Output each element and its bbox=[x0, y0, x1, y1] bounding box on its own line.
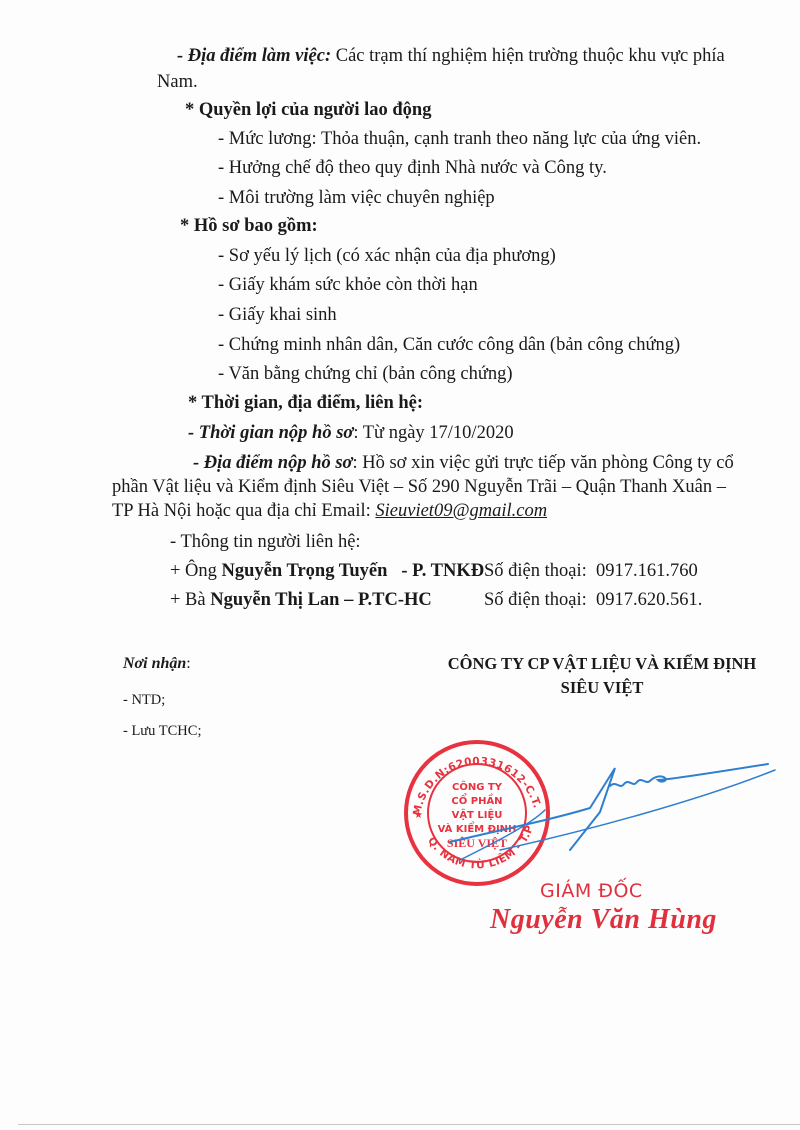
contact-phone: Số điện thoại: 0917.161.760 bbox=[484, 559, 698, 583]
submit-place-label: - Địa điểm nộp hồ sơ bbox=[193, 453, 352, 473]
documents-heading: * Hồ sơ bao gồm: bbox=[180, 214, 318, 238]
director-title: GIÁM ĐỐC bbox=[540, 880, 643, 902]
page-bottom-divider bbox=[18, 1124, 800, 1125]
contact-prefix: + Ông bbox=[170, 561, 222, 581]
contact-prefix: + Bà bbox=[170, 590, 210, 610]
benefit-item: - Mức lương: Thỏa thuận, cạnh tranh theo… bbox=[218, 127, 701, 151]
submit-place-text: TP Hà Nội hoặc qua địa chỉ Email: bbox=[112, 501, 375, 521]
contact-name: Nguyễn Thị Lan – P.TC-HC bbox=[210, 590, 432, 610]
submit-time-label: - Thời gian nộp hồ sơ bbox=[188, 423, 353, 443]
work-location-label: - Địa điểm làm việc: bbox=[177, 46, 331, 66]
recipient-item: - Lưu TCHC; bbox=[123, 719, 201, 743]
contact-name: Nguyễn Trọng Tuyến bbox=[222, 561, 388, 581]
document-item: - Giấy khám sức khỏe còn thời hạn bbox=[218, 273, 478, 297]
contact-heading: * Thời gian, địa điểm, liên hệ: bbox=[188, 391, 423, 415]
director-name: Nguyễn Văn Hùng bbox=[490, 904, 717, 936]
submit-place-email-line: TP Hà Nội hoặc qua địa chỉ Email: Sieuvi… bbox=[112, 499, 547, 523]
company-name-line2: SIÊU VIỆT bbox=[432, 676, 772, 700]
document-item: - Giấy khai sinh bbox=[218, 303, 337, 327]
phone-label: Số điện thoại: bbox=[484, 590, 587, 610]
submit-place-text: : Hồ sơ xin việc gửi trực tiếp văn phòng… bbox=[352, 453, 733, 473]
contact-row: + Bà Nguyễn Thị Lan – P.TC-HC bbox=[170, 588, 432, 612]
phone-number: 0917.161.760 bbox=[596, 561, 698, 581]
document-item: - Văn bằng chứng chỉ (bản công chứng) bbox=[218, 362, 513, 386]
recipients-label: Nơi nhận bbox=[123, 655, 186, 672]
document-item: - Chứng minh nhân dân, Căn cước công dân… bbox=[218, 333, 680, 357]
submit-place-line: - Địa điểm nộp hồ sơ: Hồ sơ xin việc gửi… bbox=[193, 451, 734, 475]
work-location-cont: Nam. bbox=[157, 70, 198, 94]
recipient-item: - NTD; bbox=[123, 688, 165, 712]
contact-info-label: - Thông tin người liên hệ: bbox=[170, 530, 361, 554]
benefits-heading: * Quyền lợi của người lao động bbox=[185, 98, 431, 122]
submit-time-value: : Từ ngày 17/10/2020 bbox=[353, 423, 513, 443]
recipients-label-line: Nơi nhận: bbox=[123, 652, 191, 676]
phone-number: 0917.620.561. bbox=[596, 590, 702, 610]
company-name-line1: CÔNG TY CP VẬT LIỆU VÀ KIỂM ĐỊNH bbox=[432, 652, 772, 676]
phone-label: Số điện thoại: bbox=[484, 561, 587, 581]
submit-place-cont: phần Vật liệu và Kiểm định Siêu Việt – S… bbox=[112, 475, 726, 499]
work-location-line: - Địa điểm làm việc: Các trạm thí nghiệm… bbox=[177, 44, 725, 68]
contact-dept: - P. TNKĐ bbox=[387, 561, 484, 581]
submit-time-line: - Thời gian nộp hồ sơ: Từ ngày 17/10/202… bbox=[188, 421, 514, 445]
benefit-item: - Môi trường làm việc chuyên nghiệp bbox=[218, 186, 495, 210]
stamp-star-icon: ★ bbox=[414, 810, 423, 821]
email-link[interactable]: Sieuviet09@gmail.com bbox=[375, 501, 547, 521]
contact-row: + Ông Nguyễn Trọng Tuyến - P. TNKĐ bbox=[170, 559, 484, 583]
contact-phone: Số điện thoại: 0917.620.561. bbox=[484, 588, 702, 612]
signature-icon bbox=[440, 750, 780, 870]
work-location-text: Các trạm thí nghiệm hiện trường thuộc kh… bbox=[331, 46, 725, 66]
benefit-item: - Hưởng chế độ theo quy định Nhà nước và… bbox=[218, 156, 607, 180]
document-item: - Sơ yếu lý lịch (có xác nhận của địa ph… bbox=[218, 244, 556, 268]
